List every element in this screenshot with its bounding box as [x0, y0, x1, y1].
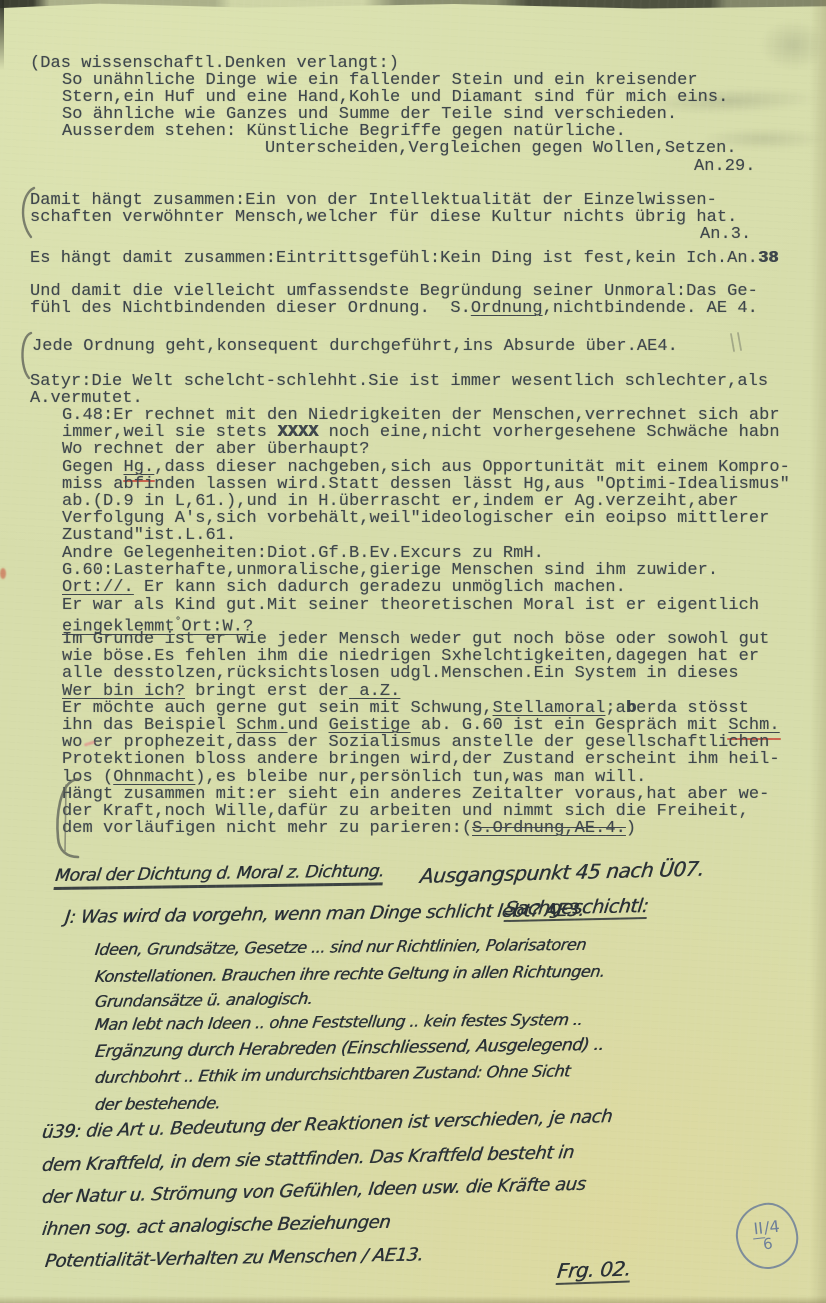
handwritten-line: Ideen, Grundsätze, Gesetze ... sind nur … — [94, 935, 588, 959]
typed-line: immer,weil sie stets XXXX noch eine,nich… — [62, 424, 780, 441]
handwritten-line: Moral der Dichtung d. Moral z. Dichtung. — [53, 861, 385, 890]
typed-line: ab.(D.9 in L,61.),und in H.überrascht er… — [62, 493, 739, 510]
scan-edge-right — [810, 0, 826, 1303]
typed-line: Protektionen bloss andere bringen wird,d… — [62, 751, 780, 768]
typed-line: Er möchte auch gerne gut sein mit Schwun… — [62, 700, 749, 717]
red-edge-dot — [0, 568, 6, 579]
typed-line: Damit hängt zusammen:Ein von der Intelle… — [30, 192, 717, 209]
typed-line: Hängt zusammen mit:er sieht ein anderes … — [62, 786, 769, 803]
typed-line: Stern,ein Huf und eine Hand,Kohle und Di… — [62, 89, 728, 106]
handwritten-line: J: Was wird da vorgehn, wenn man Dinge s… — [64, 900, 586, 928]
typed-line: fühl des Nichtbindenden dieser Ordnung. … — [30, 300, 758, 317]
typed-line: schaften verwöhnter Mensch,welcher für d… — [30, 209, 737, 226]
typed-line: Satyr:Die Welt schelcht-schlehht.Sie ist… — [30, 373, 768, 390]
typed-line: An.3. — [700, 226, 751, 243]
typed-line: G.48:Er rechnet mit den Niedrigkeiten de… — [62, 407, 780, 424]
typed-line: So unähnliche Dinge wie ein fallender St… — [62, 72, 698, 89]
handwritten-line: der Natur u. Strömung von Gefühlen, Idee… — [41, 1174, 587, 1208]
typed-line: (Das wissenschaftl.Denken verlangt:) — [30, 55, 399, 72]
handwritten-line: Ergänzung durch Herabreden (Einschliesse… — [94, 1035, 605, 1062]
handwritten-line: Potentialität-Verhalten zu Menschen / AE… — [44, 1244, 425, 1272]
handwritten-line: Konstellationen. Brauchen ihre rechte Ge… — [94, 962, 606, 986]
typed-line: der Kraft,noch Wille,dafür zu arbeiten u… — [62, 803, 749, 820]
typed-line: alle desstolzen,rücksichtslosen udgl.Men… — [62, 665, 739, 682]
handwritten-line: Grundansätze ü. analogisch. — [94, 989, 314, 1011]
typed-line: wo er prophezeit,dass der Sozialismus an… — [62, 734, 769, 751]
typed-line: An.29. — [694, 158, 756, 175]
typed-line: G.60:Lasterhafte,unmoralische,gierige Me… — [62, 562, 718, 579]
handwritten-line: dem Kraftfeld, in dem sie stattfinden. D… — [41, 1142, 575, 1176]
typed-line: Ort://. Er kann sich dadurch geradezu un… — [62, 579, 626, 596]
scan-edge-bottom — [0, 1296, 826, 1303]
scan-edge-left — [0, 0, 4, 70]
typed-line: Es hängt damit zusammen:Eintrittsgefühl:… — [30, 250, 778, 267]
scanned-document-page: (Das wissenschaftl.Denken verlangt:)So u… — [0, 0, 826, 1303]
handwritten-line: Man lebt nach Ideen .. ohne Feststellung… — [94, 1010, 584, 1034]
typed-line: Jede Ordnung geht,konsequent durchgeführ… — [32, 338, 678, 355]
handwritten-line: durchbohrt .. Ethik im undurchsichtbaren… — [94, 1061, 571, 1087]
typed-line: wie böse.Es fehlen ihm die niedrigen Sxh… — [62, 648, 759, 665]
typed-line: A.vermutet. — [30, 390, 143, 407]
handwritten-line: Ausgangspunkt 45 nach Ü07. — [419, 857, 706, 889]
typed-line: Wer bin ich? bringt erst der a.Z. — [62, 683, 400, 700]
typed-line: Ausserdem stehen: Künstliche Begriffe ge… — [62, 123, 626, 140]
typed-line: Und damit die vielleicht umfassendste Be… — [30, 283, 758, 300]
typed-line: Im Grunde ist er wie jeder Mensch weder … — [62, 631, 769, 648]
typed-line: Unterscheiden,Vergleichen gegen Wollen,S… — [265, 140, 737, 157]
page-number-stamp: II/4 6 — [733, 1200, 802, 1272]
typed-line: Zustand"ist.L.61. — [62, 527, 236, 544]
scan-edge-top — [0, 0, 826, 9]
handwritten-line: der bestehende. — [94, 1093, 222, 1114]
typed-line: los (Ohnmacht),es bleibe nur,persönlich … — [62, 769, 646, 786]
typed-line: Gegen Hg.,dass dieser nachgeben,sich aus… — [62, 459, 790, 476]
typed-line: miss abfinden lassen wird.Statt dessen l… — [62, 476, 790, 493]
typed-line: So ähnliche wie Ganzes und Summe der Tei… — [62, 106, 677, 123]
margin-double-tick-icon — [731, 333, 741, 351]
handwritten-line: ihnen sog. act analogische Beziehungen — [41, 1212, 392, 1240]
typed-line: Verfolgung A's,sich vorbehält,weil"ideol… — [62, 510, 769, 527]
typed-line: Er war als Kind gut.Mit seiner theoretis… — [62, 597, 759, 614]
handwritten-line: Frg. 02. — [556, 1256, 632, 1285]
typed-line: Andre Gelegenheiten:Diot.Gf.B.Ev.Excurs … — [62, 545, 544, 562]
typed-line: Wo rechnet der aber überhaupt? — [62, 441, 370, 458]
typed-line: dem vorläufigen nicht mehr zu parieren:(… — [62, 820, 636, 837]
typed-line: ihn das Beispiel Schm.und Geistige ab. G… — [62, 717, 780, 734]
